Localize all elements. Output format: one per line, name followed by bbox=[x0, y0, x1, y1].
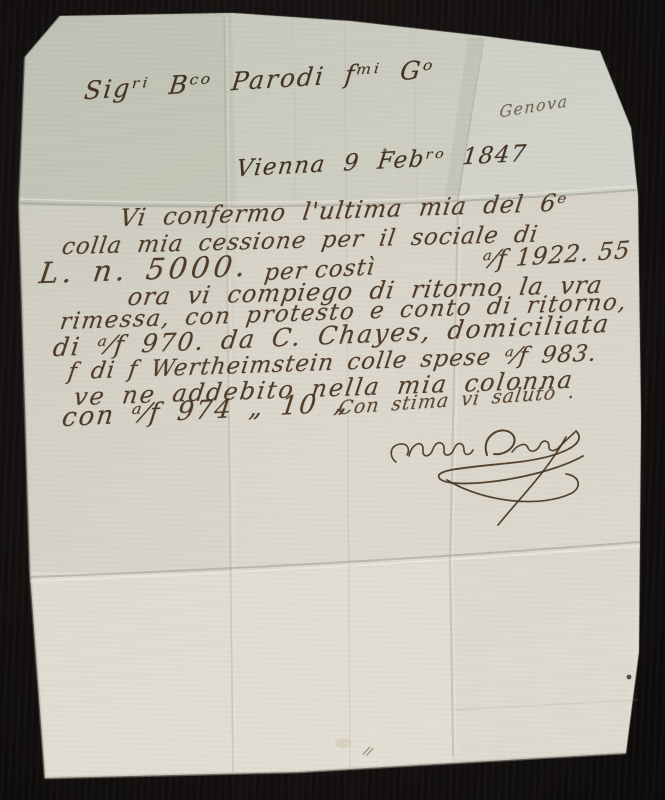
paper-stain bbox=[335, 738, 351, 748]
letter-photograph: Sigʳⁱ Bᶜᵒ Parodi fᵐⁱ Gᵒ Genova Vienna 9 … bbox=[0, 0, 665, 800]
paper-panel-top-left bbox=[19, 13, 236, 206]
paper-speck-right bbox=[627, 675, 632, 680]
paper-panel-top-right bbox=[460, 36, 638, 200]
